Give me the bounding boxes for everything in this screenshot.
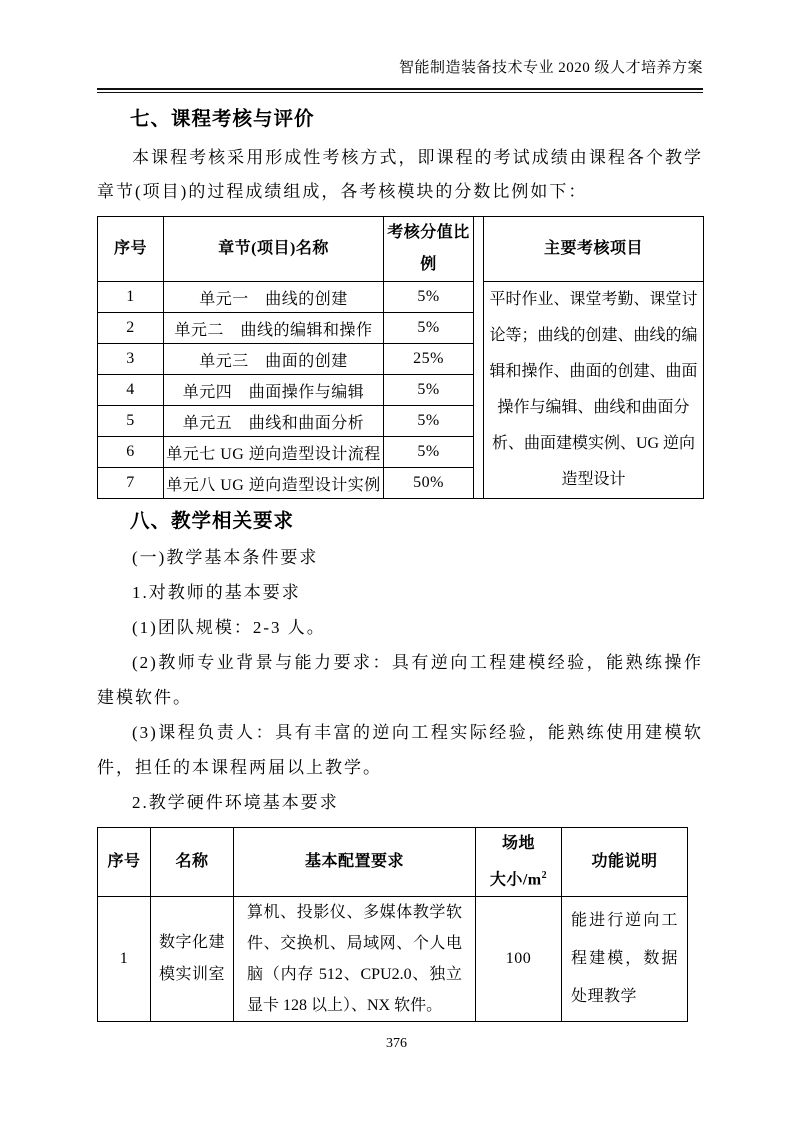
facility-requirements-table: 序号 名称 基本配置要求 场地大小/m2 功能说明 1 数字化建模实训室 算机、… (97, 827, 688, 1022)
column-header-config: 基本配置要求 (234, 828, 476, 897)
cell-area: 100 (476, 897, 562, 1022)
column-header-area: 场地大小/m2 (476, 828, 562, 897)
column-header-items: 主要考核项目 (484, 217, 704, 282)
cell-chapter: 单元五 曲线和曲面分析 (164, 406, 384, 437)
page-content: 智能制造装备技术专业 2020 级人才培养方案 七、课程考核与评价 本课程考核采… (97, 58, 703, 1022)
cell-chapter: 单元四 曲面操作与编辑 (164, 375, 384, 406)
cell-chapter: 单元一 曲线的创建 (164, 282, 384, 313)
column-header-name: 名称 (151, 828, 234, 897)
cell-no: 3 (98, 344, 164, 375)
column-header-ratio: 考核分值比例 (384, 217, 474, 282)
cell-main-items: 平时作业、课堂考勤、课堂讨论等；曲线的创建、曲线的编辑和操作、曲面的创建、曲面操… (484, 282, 704, 499)
table-header-row: 序号 名称 基本配置要求 场地大小/m2 功能说明 (98, 828, 688, 897)
cell-config-requirements: 算机、投影仪、多媒体教学软件、交换机、局域网、个人电脑（内存 512、CPU2.… (234, 897, 476, 1022)
cell-chapter: 单元二 曲线的编辑和操作 (164, 313, 384, 344)
section-8-paragraphs: (一)教学基本条件要求 1.对教师的基本要求 (1)团队规模：2-3 人。 (2… (97, 540, 703, 820)
section-8-heading: 八、教学相关要求 (97, 508, 703, 534)
cell-ratio: 50% (384, 468, 474, 499)
area-header-line1: 场地 (478, 828, 559, 860)
cell-chapter: 单元三 曲面的创建 (164, 344, 384, 375)
area-superscript: 2 (542, 870, 548, 881)
cell-no: 5 (98, 406, 164, 437)
cell-ratio: 5% (384, 437, 474, 468)
column-header-no: 序号 (98, 828, 151, 897)
table-row: 1 数字化建模实训室 算机、投影仪、多媒体教学软件、交换机、局域网、个人电脑（内… (98, 897, 688, 1022)
table-header-row: 序号 章节(项目)名称 考核分值比例 主要考核项目 (98, 217, 704, 282)
cell-room-name: 数字化建模实训室 (151, 897, 234, 1022)
column-header-chapter: 章节(项目)名称 (164, 217, 384, 282)
cell-chapter: 单元七 UG 逆向造型设计流程 (164, 437, 384, 468)
cell-ratio: 5% (384, 375, 474, 406)
cell-no: 4 (98, 375, 164, 406)
cell-no: 7 (98, 468, 164, 499)
paragraph-hardware-requirements: 2.教学硬件环境基本要求 (97, 785, 703, 820)
paragraph-basic-conditions: (一)教学基本条件要求 (97, 540, 703, 575)
assessment-score-table: 序号 章节(项目)名称 考核分值比例 主要考核项目 1 单元一 曲线的创建 5%… (97, 216, 704, 499)
paragraph-course-leader: (3)课程负责人：具有丰富的逆向工程实际经验，能熟练使用建模软件，担任的本课程两… (97, 715, 703, 785)
page-number: 376 (0, 1036, 793, 1052)
section-7-intro-paragraph: 本课程考核采用形成性考核方式，即课程的考试成绩由课程各个教学章节(项目)的过程成… (97, 141, 703, 209)
column-header-function: 功能说明 (562, 828, 688, 897)
cell-ratio: 5% (384, 313, 474, 344)
document-page: 智能制造装备技术专业 2020 级人才培养方案 七、课程考核与评价 本课程考核采… (0, 0, 793, 1122)
table-row: 1 单元一 曲线的创建 5% 平时作业、课堂考勤、课堂讨论等；曲线的创建、曲线的… (98, 282, 704, 313)
paragraph-teacher-requirements: 1.对教师的基本要求 (97, 575, 703, 610)
paragraph-team-size: (1)团队规模：2-3 人。 (97, 610, 703, 645)
document-header-text: 智能制造装备技术专业 2020 级人才培养方案 (97, 58, 703, 78)
cell-function: 能进行逆向工程建模，数据处理教学 (562, 897, 688, 1022)
cell-ratio: 5% (384, 406, 474, 437)
area-header-line2: 大小/m2 (478, 860, 559, 896)
cell-chapter: 单元八 UG 逆向造型设计实例 (164, 468, 384, 499)
cell-no: 1 (98, 897, 151, 1022)
cell-ratio: 25% (384, 344, 474, 375)
double-border-gap (474, 217, 484, 499)
cell-ratio: 5% (384, 282, 474, 313)
header-divider-line (97, 88, 703, 93)
cell-no: 1 (98, 282, 164, 313)
column-header-no: 序号 (98, 217, 164, 282)
cell-no: 2 (98, 313, 164, 344)
cell-no: 6 (98, 437, 164, 468)
section-7-heading: 七、课程考核与评价 (97, 106, 703, 132)
paragraph-teacher-background: (2)教师专业背景与能力要求：具有逆向工程建模经验，能熟练操作建模软件。 (97, 645, 703, 715)
